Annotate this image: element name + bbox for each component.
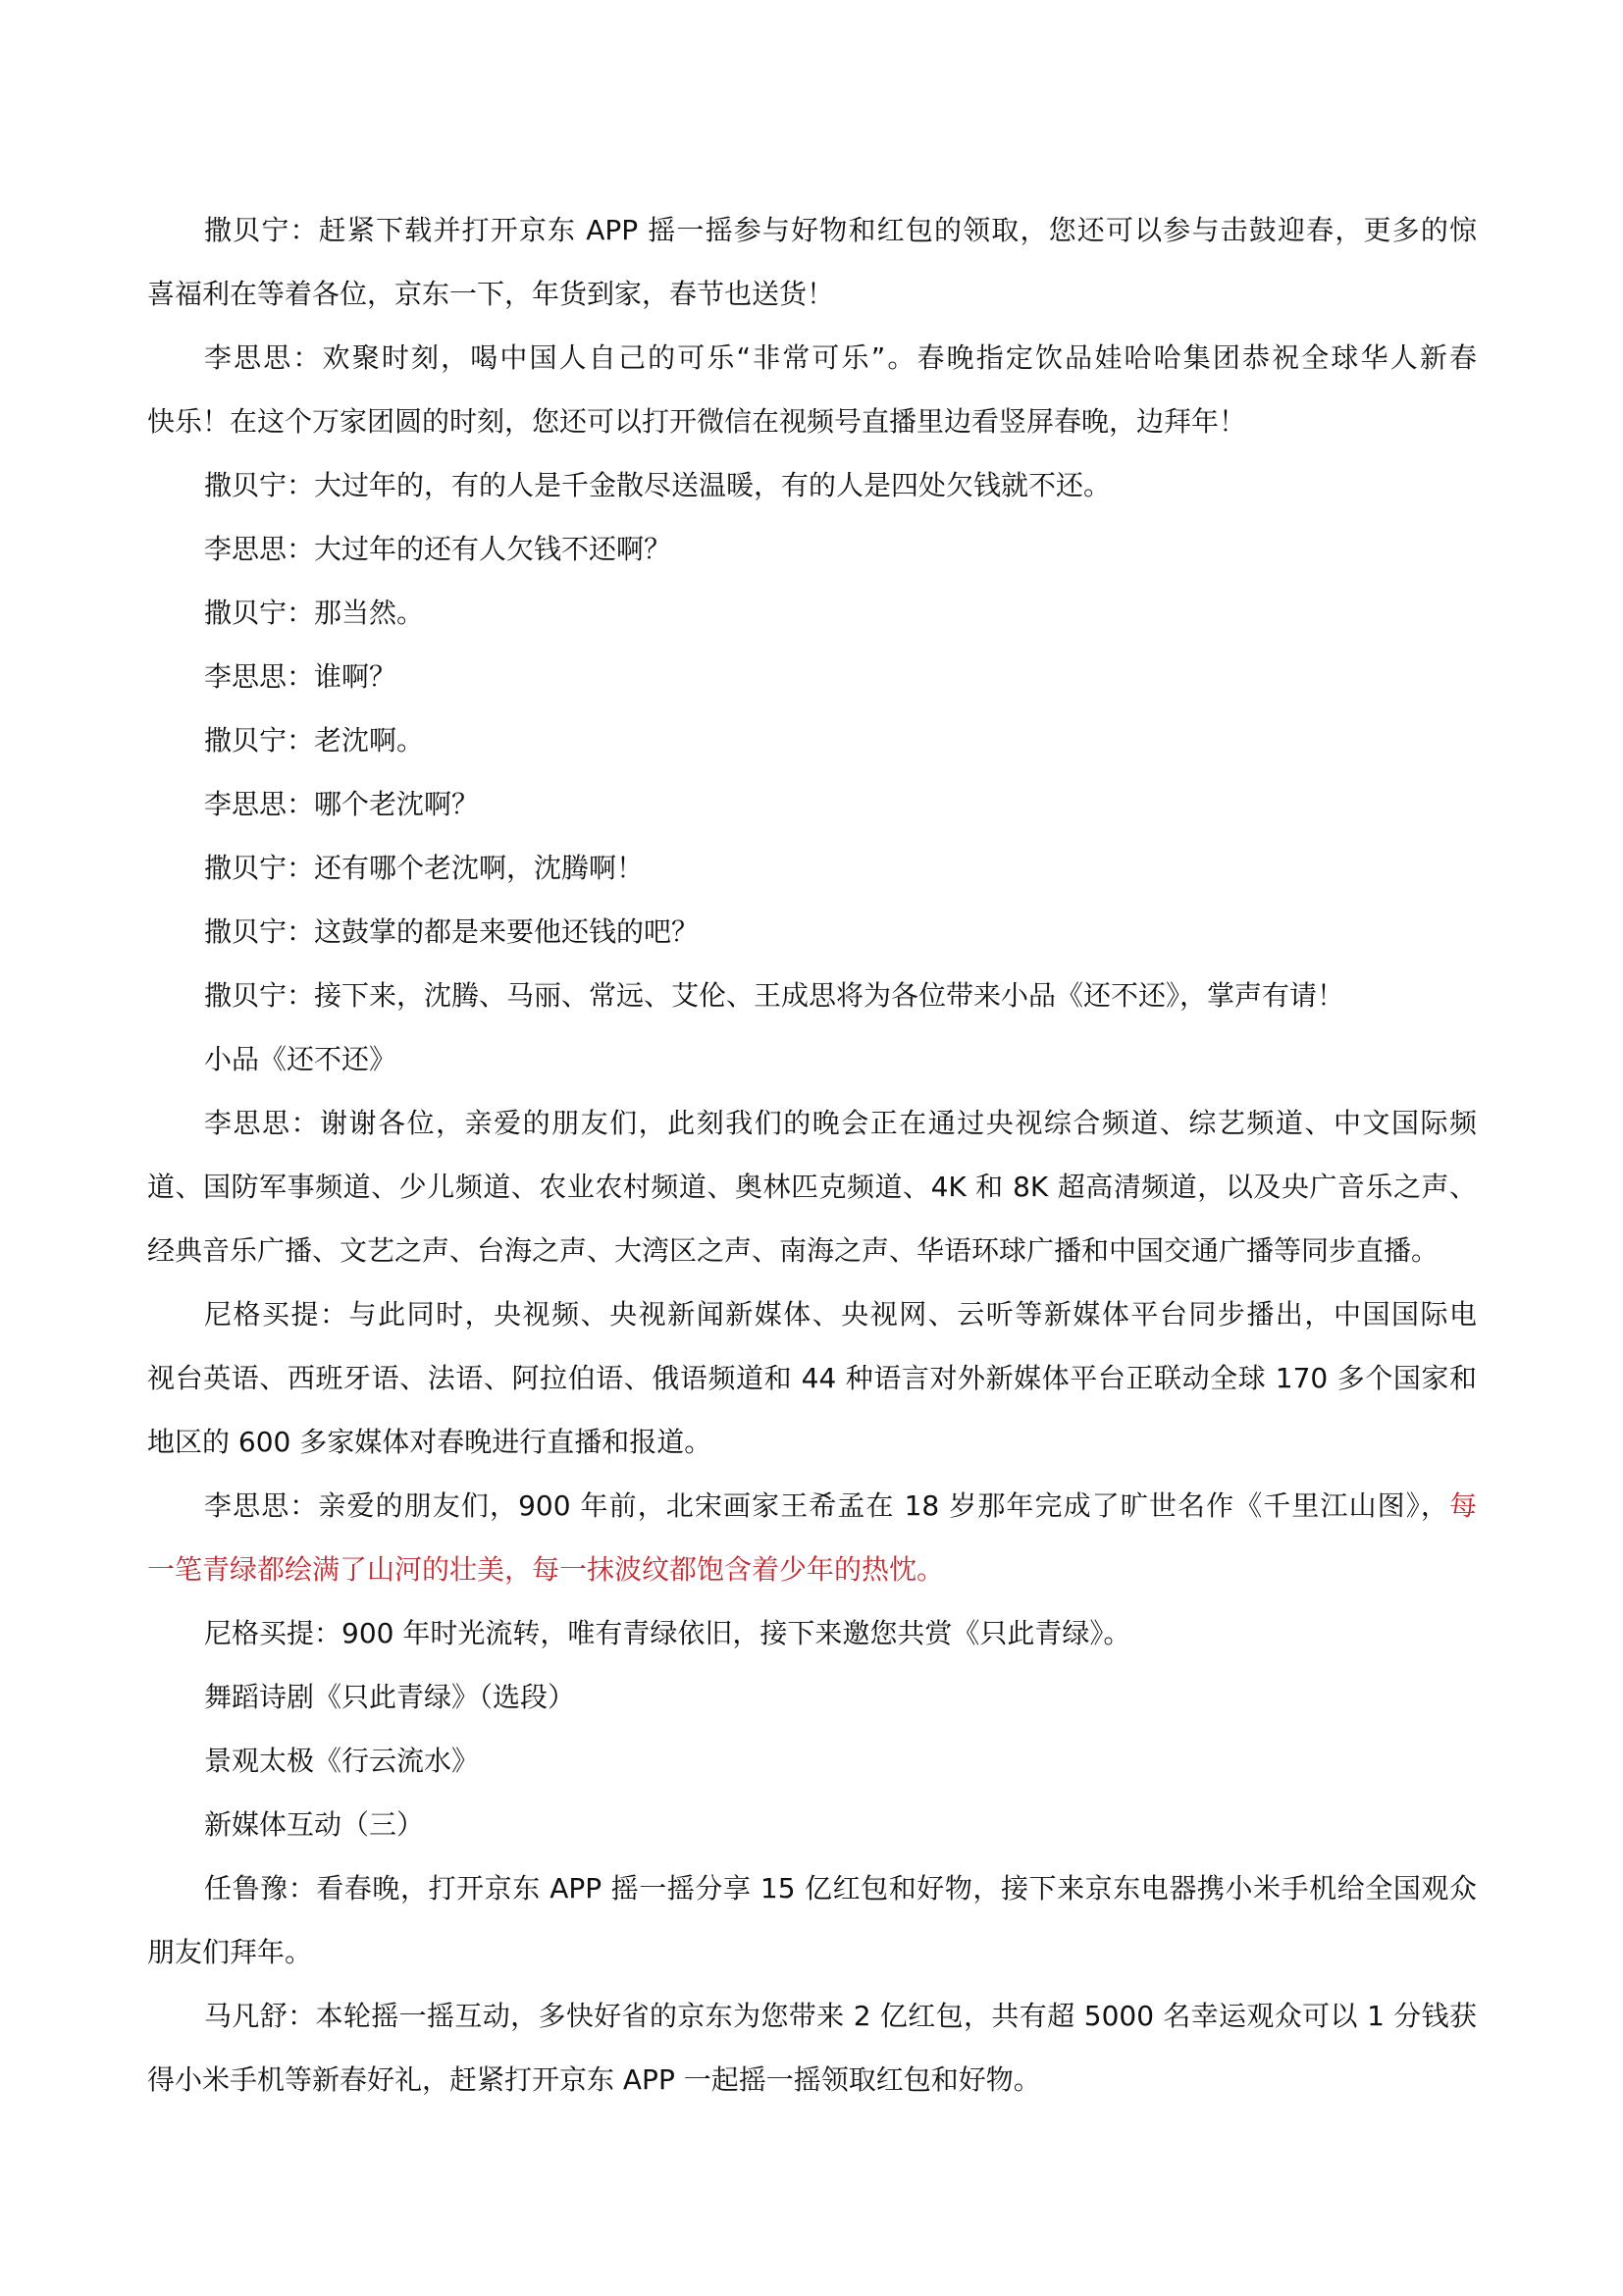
text-line: 李思思：哪个老沈啊？ [147, 772, 1477, 836]
paragraph-nigemaiti-media: 尼格买提：与此同时，央视频、央视新闻新媒体、央视网、云听等新媒体平台同步播出，中… [147, 1282, 1482, 1474]
text-line: 经典音乐广播、文艺之声、台海之声、大湾区之声、南海之声、华语环球广播和中国交通广… [147, 1219, 1477, 1282]
paragraph-dialogue: 撒贝宁：接下来，沈腾、马丽、常远、艾伦、王成思将为各位带来小品《还不还》，掌声有… [147, 964, 1482, 1027]
paragraph-dialogue: 撒贝宁：老沈啊。 [147, 708, 1482, 772]
text-line: 撒贝宁：那当然。 [147, 581, 1477, 645]
text-line: 尼格买提：与此同时，央视频、央视新闻新媒体、央视网、云听等新媒体平台同步播出，中… [147, 1282, 1477, 1346]
text-line: 李思思：欢聚时刻，喝中国人自己的可乐“非常可乐”。春晚指定饮品娃哈哈集团恭祝全球… [147, 326, 1477, 390]
text-line: 撒贝宁：老沈啊。 [147, 708, 1477, 772]
paragraph-dialogue: 李思思：大过年的还有人欠钱不还啊？ [147, 517, 1482, 581]
text-line: 小品《还不还》 [147, 1027, 1477, 1091]
text-line: 朋友们拜年。 [147, 1920, 1477, 1984]
text-line: 快乐！在这个万家团圆的时刻，您还可以打开微信在视频号直播里边看竖屏春晚，边拜年！ [147, 390, 1477, 453]
paragraph-dialogue: 撒贝宁：大过年的，有的人是千金散尽送温暖，有的人是四处欠钱就不还。 [147, 453, 1482, 517]
text-line: 李思思：亲爱的朋友们，900 年前，北宋画家王希孟在 18 岁那年完成了旷世名作… [147, 1474, 1477, 1538]
text-line: 撒贝宁：赶紧下载并打开京东 APP 摇一摇参与好物和红包的领取，您还可以参与击鼓… [147, 198, 1477, 262]
text-line: 新媒体互动（三） [147, 1793, 1477, 1856]
paragraph-mafanshu: 马凡舒：本轮摇一摇互动，多快好省的京东为您带来 2 亿红包，共有超 5000 名… [147, 1984, 1482, 2112]
text-segment: 李思思：亲爱的朋友们，900 年前，北宋画家王希孟在 18 岁那年完成了旷世名作… [204, 1489, 1449, 1522]
paragraph-nigemaiti-intro: 尼格买提：900 年时光流转，唯有青绿依旧，接下来邀您共赏《只此青绿》。 [147, 1601, 1482, 1665]
text-line: 撒贝宁：还有哪个老沈啊，沈腾啊！ [147, 836, 1477, 900]
paragraph-dialogue: 李思思：谁啊？ [147, 645, 1482, 708]
text-line: 李思思：谁啊？ [147, 645, 1477, 708]
text-line: 喜福利在等着各位，京东一下，年货到家，春节也送货！ [147, 262, 1477, 326]
text-line: 撒贝宁：这鼓掌的都是来要他还钱的吧？ [147, 900, 1477, 964]
paragraph-renluyu: 任鲁豫：看春晚，打开京东 APP 摇一摇分享 15 亿红包和好物，接下来京东电器… [147, 1856, 1482, 1984]
text-line: 撒贝宁：接下来，沈腾、马丽、常远、艾伦、王成思将为各位带来小品《还不还》，掌声有… [147, 964, 1477, 1027]
paragraph-lisisi-cola: 李思思：欢聚时刻，喝中国人自己的可乐“非常可乐”。春晚指定饮品娃哈哈集团恭祝全球… [147, 326, 1482, 453]
text-line: 地区的 600 多家媒体对春晚进行直播和报道。 [147, 1410, 1477, 1474]
text-line: 得小米手机等新春好礼，赶紧打开京东 APP 一起摇一摇领取红包和好物。 [147, 2048, 1477, 2112]
highlighted-text: 每 [1449, 1489, 1477, 1522]
text-line: 马凡舒：本轮摇一摇互动，多快好省的京东为您带来 2 亿红包，共有超 5000 名… [147, 1984, 1477, 2048]
text-line: 道、国防军事频道、少儿频道、农业农村频道、奥林匹克频道、4K 和 8K 超高清频… [147, 1155, 1477, 1219]
paragraph-dialogue: 李思思：哪个老沈啊？ [147, 772, 1482, 836]
highlighted-text-line: 一笔青绿都绘满了山河的壮美，每一抹波纹都饱含着少年的热忱。 [147, 1538, 1477, 1601]
text-line: 任鲁豫：看春晚，打开京东 APP 摇一摇分享 15 亿红包和好物，接下来京东电器… [147, 1856, 1477, 1920]
paragraph-dialogue: 撒贝宁：还有哪个老沈啊，沈腾啊！ [147, 836, 1482, 900]
document-page: 撒贝宁：赶紧下载并打开京东 APP 摇一摇参与好物和红包的领取，您还可以参与击鼓… [147, 198, 1482, 2112]
text-line: 李思思：谢谢各位，亲爱的朋友们，此刻我们的晚会正在通过央视综合频道、综艺频道、中… [147, 1091, 1477, 1155]
text-line: 尼格买提：900 年时光流转，唯有青绿依旧，接下来邀您共赏《只此青绿》。 [147, 1601, 1477, 1665]
program-title-skit: 小品《还不还》 [147, 1027, 1482, 1091]
program-title-interaction: 新媒体互动（三） [147, 1793, 1482, 1856]
text-line: 撒贝宁：大过年的，有的人是千金散尽送温暖，有的人是四处欠钱就不还。 [147, 453, 1477, 517]
paragraph-dialogue: 撒贝宁：那当然。 [147, 581, 1482, 645]
paragraph-dialogue: 撒贝宁：这鼓掌的都是来要他还钱的吧？ [147, 900, 1482, 964]
program-title-taichi: 景观太极《行云流水》 [147, 1729, 1482, 1793]
paragraph-lisisi-painting: 李思思：亲爱的朋友们，900 年前，北宋画家王希孟在 18 岁那年完成了旷世名作… [147, 1474, 1482, 1601]
text-line: 景观太极《行云流水》 [147, 1729, 1477, 1793]
paragraph-sabeining-jd-app: 撒贝宁：赶紧下载并打开京东 APP 摇一摇参与好物和红包的领取，您还可以参与击鼓… [147, 198, 1482, 326]
paragraph-lisisi-broadcast: 李思思：谢谢各位，亲爱的朋友们，此刻我们的晚会正在通过央视综合频道、综艺频道、中… [147, 1091, 1482, 1282]
text-line: 舞蹈诗剧《只此青绿》（选段） [147, 1665, 1477, 1729]
text-line: 视台英语、西班牙语、法语、阿拉伯语、俄语频道和 44 种语言对外新媒体平台正联动… [147, 1346, 1477, 1410]
text-line: 李思思：大过年的还有人欠钱不还啊？ [147, 517, 1477, 581]
program-title-dance: 舞蹈诗剧《只此青绿》（选段） [147, 1665, 1482, 1729]
